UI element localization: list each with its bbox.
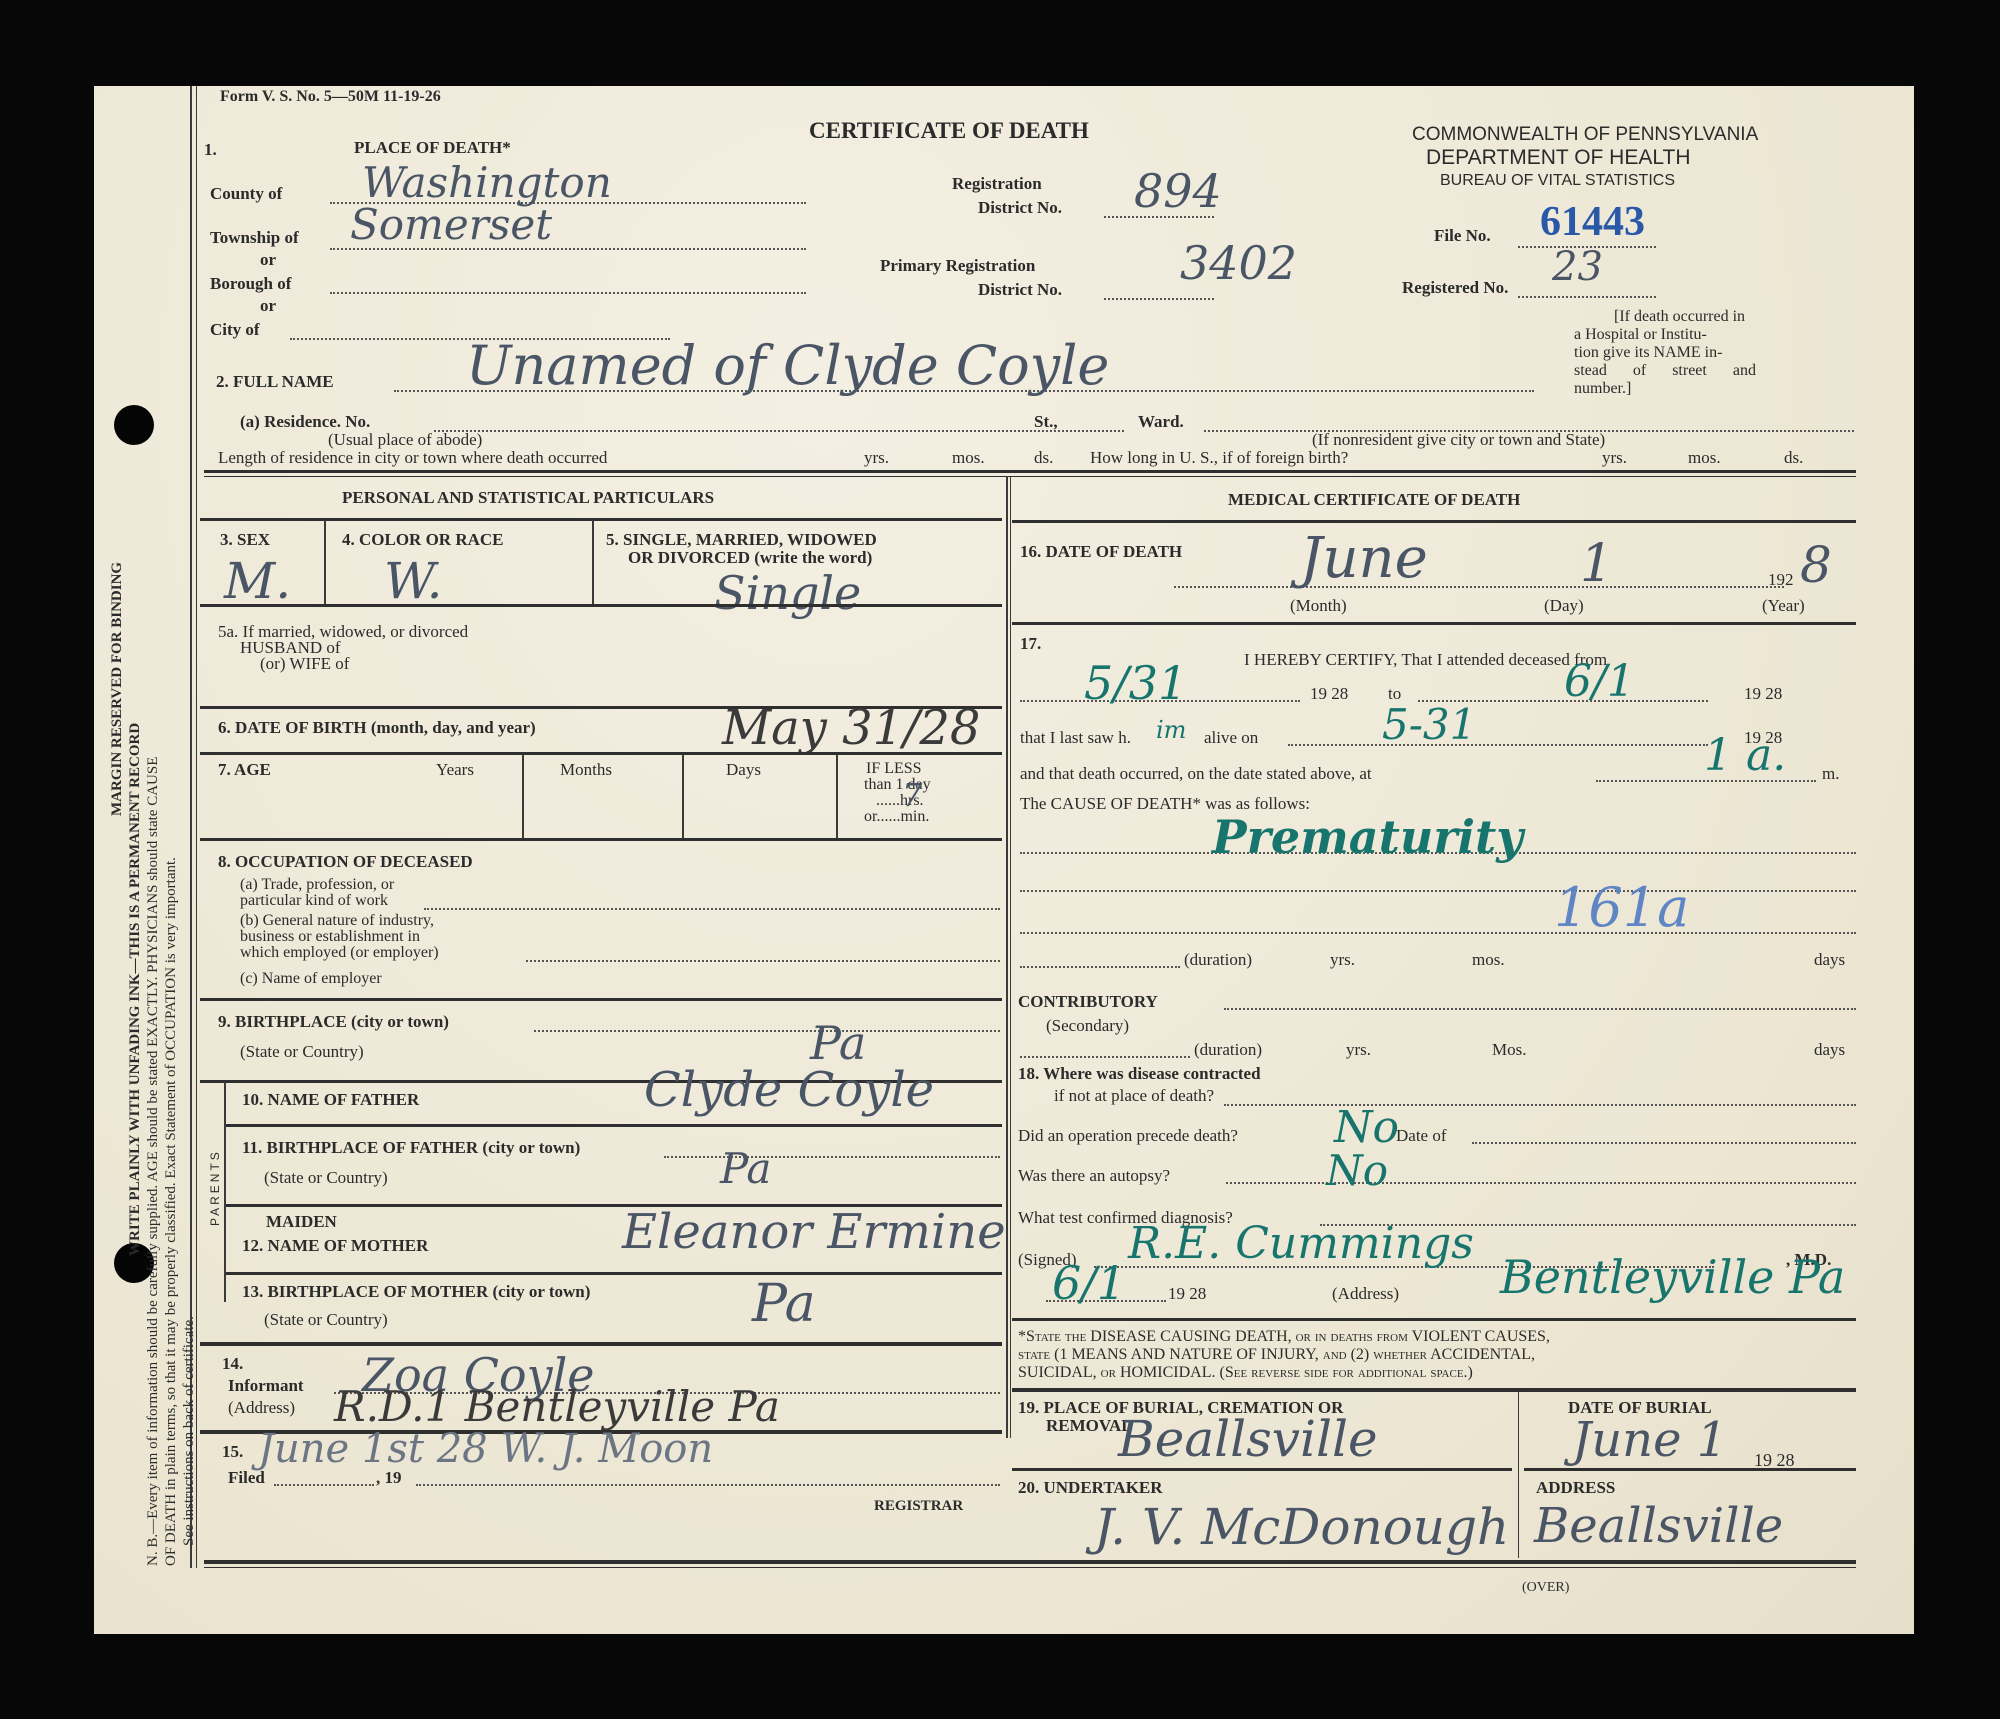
agency-department: DEPARTMENT OF HEALTH bbox=[1426, 146, 1690, 170]
hospital-note-2: a Hospital or Institu- bbox=[1574, 326, 1707, 344]
item-1-number: 1. bbox=[204, 140, 217, 160]
rule bbox=[682, 754, 684, 840]
cause-line-2 bbox=[1020, 890, 1856, 892]
section-divider bbox=[204, 476, 1856, 477]
ward-label: Ward. bbox=[1138, 412, 1184, 432]
rule bbox=[1518, 1392, 1519, 1558]
last-saw-pronoun-value[interactable]: im bbox=[1156, 716, 1186, 744]
rule bbox=[200, 998, 1002, 1001]
form-number: Form V. S. No. 5—50M 11-19-26 bbox=[220, 88, 441, 106]
cause-line-3 bbox=[1020, 932, 1856, 934]
year-caption: (Year) bbox=[1762, 596, 1805, 616]
hospital-note-3: tion give its NAME in- bbox=[1574, 344, 1722, 362]
occ-b-line bbox=[526, 960, 1000, 962]
contributory-line bbox=[1224, 1008, 1856, 1010]
hospital-note-1: [If death occurred in bbox=[1614, 308, 1745, 326]
duration-days: days bbox=[1814, 950, 1845, 970]
occ-a-line bbox=[424, 908, 1000, 910]
item-18-label-2: if not at place of death? bbox=[1054, 1086, 1214, 1106]
signed-address-value[interactable]: Bentleyville Pa bbox=[1500, 1250, 1845, 1304]
death-year-value[interactable]: 8 bbox=[1800, 536, 1832, 594]
age-months-label: Months bbox=[560, 760, 612, 780]
attended-from-value[interactable]: 5/31 bbox=[1084, 656, 1187, 710]
rule bbox=[226, 1272, 1002, 1275]
us-mos: mos. bbox=[1688, 448, 1721, 468]
rule bbox=[522, 754, 524, 840]
duration-yrs: yrs. bbox=[1330, 950, 1355, 970]
residence-label: (a) Residence. No. bbox=[240, 412, 370, 432]
margin-instructions-1: N. B.—Every item of information should b… bbox=[144, 757, 162, 1566]
age-label: 7. AGE bbox=[218, 760, 271, 780]
attended-to-19: 19 28 bbox=[1744, 684, 1782, 704]
rule bbox=[1012, 1318, 1856, 1321]
footnote-1: *State the DISEASE CAUSING DEATH, or in … bbox=[1018, 1328, 1550, 1346]
marital-label-1: 5. SINGLE, MARRIED, WIDOWED bbox=[606, 530, 877, 550]
bottom-rule bbox=[204, 1567, 1856, 1568]
burial-place-value[interactable]: Beallsville bbox=[1118, 1410, 1378, 1468]
personal-section-title: PERSONAL AND STATISTICAL PARTICULARS bbox=[342, 488, 714, 508]
father-name-label: 10. NAME OF FATHER bbox=[242, 1090, 419, 1110]
mother-birthplace-label: 13. BIRTHPLACE OF MOTHER (city or town) bbox=[242, 1282, 590, 1302]
certify-text: I HEREBY CERTIFY, That I attended deceas… bbox=[1244, 650, 1607, 670]
undertaker-label: 20. UNDERTAKER bbox=[1018, 1478, 1163, 1498]
secondary-duration-line bbox=[1020, 1056, 1190, 1058]
last-saw-label: that I last saw h. bbox=[1020, 728, 1131, 748]
informant-address-value[interactable]: R.D.1 Bentleyville Pa bbox=[334, 1382, 780, 1431]
occ-a-2: particular kind of work bbox=[240, 892, 388, 910]
death-year-prefix: 192 bbox=[1768, 570, 1794, 590]
column-divider bbox=[1006, 476, 1008, 1438]
cause-value[interactable]: Prematurity bbox=[1212, 810, 1523, 864]
dob-label: 6. DATE OF BIRTH (month, day, and year) bbox=[218, 718, 536, 738]
certificate-page: MARGIN RESERVED FOR BINDING WRITE PLAINL… bbox=[94, 86, 1914, 1634]
or-text: or bbox=[260, 250, 276, 270]
date-of-line bbox=[1472, 1142, 1856, 1144]
full-name-label: 2. FULL NAME bbox=[216, 372, 334, 392]
registration-district-value[interactable]: 894 bbox=[1134, 164, 1222, 218]
item-17-number: 17. bbox=[1020, 634, 1041, 654]
item-18-line bbox=[1224, 1104, 1856, 1106]
district-no-label: District No. bbox=[978, 198, 1062, 218]
attended-from-19: 19 28 bbox=[1310, 684, 1348, 704]
mother-birthplace-value[interactable]: Pa bbox=[752, 1274, 816, 1334]
rule bbox=[200, 1342, 1002, 1346]
marital-label-2: OR DIVORCED (write the word) bbox=[628, 548, 872, 568]
primary-district-label: District No. bbox=[978, 280, 1062, 300]
alive-on-label: alive on bbox=[1204, 728, 1258, 748]
signed-date-value[interactable]: 6/1 bbox=[1052, 1256, 1126, 1310]
occ-c: (c) Name of employer bbox=[240, 970, 382, 988]
registrar-label: REGISTRAR bbox=[874, 1498, 963, 1515]
undertaker-address-label: ADDRESS bbox=[1536, 1478, 1615, 1498]
date-of-label: Date of bbox=[1396, 1126, 1447, 1146]
filed-date-line bbox=[274, 1484, 374, 1486]
rule bbox=[1012, 1388, 1856, 1392]
autopsy-line bbox=[1226, 1182, 1856, 1184]
occupation-label: 8. OCCUPATION OF DECEASED bbox=[218, 852, 473, 872]
signed-value[interactable]: R.E. Cummings bbox=[1128, 1218, 1474, 1269]
rule bbox=[226, 1124, 1002, 1127]
filed-number: 15. bbox=[222, 1442, 243, 1462]
father-birthplace-line bbox=[664, 1156, 1000, 1158]
secondary-label: (Secondary) bbox=[1046, 1016, 1129, 1036]
res-yrs: yrs. bbox=[864, 448, 889, 468]
primary-district-line bbox=[1104, 298, 1214, 300]
death-time-value[interactable]: 1 a. bbox=[1704, 730, 1786, 781]
certificate-title: CERTIFICATE OF DEATH bbox=[809, 118, 1089, 144]
primary-registration-label: Primary Registration bbox=[880, 256, 1035, 276]
agency-commonwealth: COMMONWEALTH OF PENNSYLVANIA bbox=[1412, 124, 1758, 146]
city-label: City of bbox=[210, 320, 260, 340]
item-18-label-1: 18. Where was disease contracted bbox=[1018, 1064, 1261, 1084]
footnote-2: state (1 MEANS AND NATURE OF INJURY, and… bbox=[1018, 1346, 1535, 1364]
registered-no-value[interactable]: 23 bbox=[1552, 244, 1603, 290]
dob-value[interactable]: May 31/28 bbox=[722, 700, 980, 756]
father-state-label: (State or Country) bbox=[264, 1168, 388, 1188]
file-no-label: File No. bbox=[1434, 226, 1491, 246]
last-saw-date-value[interactable]: 5-31 bbox=[1382, 700, 1476, 749]
month-caption: (Month) bbox=[1290, 596, 1347, 616]
birthplace-label: 9. BIRTHPLACE (city or town) bbox=[218, 1012, 449, 1032]
rule bbox=[200, 838, 1002, 841]
date-of-death-line bbox=[1174, 586, 1784, 588]
nonresident-note: (If nonresident give city or town and St… bbox=[1312, 430, 1605, 450]
rule bbox=[1012, 622, 1856, 625]
agency-bureau: BUREAU OF VITAL STATISTICS bbox=[1440, 172, 1675, 190]
m-label: m. bbox=[1822, 764, 1839, 784]
signed-address-label: (Address) bbox=[1332, 1284, 1399, 1304]
rule bbox=[200, 604, 1002, 607]
mother-name-value[interactable]: Eleanor Ermine bbox=[622, 1204, 1006, 1260]
marital-value[interactable]: Single bbox=[714, 566, 861, 620]
secondary-mos: Mos. bbox=[1492, 1040, 1526, 1060]
signed-year: 19 28 bbox=[1168, 1284, 1206, 1304]
section-divider bbox=[204, 470, 1856, 473]
parents-bracket bbox=[224, 1082, 226, 1302]
duration-label: (duration) bbox=[1184, 950, 1252, 970]
birthplace-line bbox=[534, 1030, 1000, 1032]
us-ds: ds. bbox=[1784, 448, 1803, 468]
age-days-label: Days bbox=[726, 760, 761, 780]
foreign-birth-label: How long in U. S., if of foreign birth? bbox=[1090, 448, 1348, 468]
over-label: (OVER) bbox=[1522, 1580, 1569, 1596]
rule bbox=[200, 518, 1002, 521]
secondary-yrs: yrs. bbox=[1346, 1040, 1371, 1060]
cause-code-value: 161a bbox=[1554, 876, 1689, 939]
informant-number: 14. bbox=[222, 1354, 243, 1374]
rule bbox=[592, 520, 594, 604]
full-name-value[interactable]: Unamed of Clyde Coyle bbox=[466, 334, 1109, 397]
date-of-death-label: 16. DATE OF DEATH bbox=[1020, 542, 1182, 562]
secondary-duration-label: (duration) bbox=[1194, 1040, 1262, 1060]
margin-instructions-3: See instructions on back of certificate. bbox=[180, 1316, 198, 1546]
residence-line bbox=[434, 430, 1124, 432]
rule bbox=[1524, 1468, 1856, 1471]
registered-no-line bbox=[1518, 296, 1656, 298]
township-value[interactable]: Somerset bbox=[350, 200, 552, 249]
registration-label: Registration bbox=[952, 174, 1042, 194]
age-years-label: Years bbox=[436, 760, 474, 780]
rule bbox=[1012, 520, 1856, 523]
column-divider bbox=[1010, 476, 1011, 1438]
primary-district-value[interactable]: 3402 bbox=[1180, 236, 1297, 290]
filed-value[interactable]: June 1st 28 W. J. Moon bbox=[258, 1426, 713, 1472]
street-label: St., bbox=[1034, 412, 1058, 432]
township-label: Township of bbox=[210, 228, 299, 248]
or-text: or bbox=[260, 296, 276, 316]
footnote-3: SUICIDAL, or HOMICIDAL. (See reverse sid… bbox=[1018, 1364, 1473, 1382]
duration-mos: mos. bbox=[1472, 950, 1505, 970]
bottom-rule bbox=[204, 1560, 1856, 1564]
attended-to-value[interactable]: 6/1 bbox=[1564, 656, 1635, 707]
sex-value[interactable]: M. bbox=[224, 552, 291, 610]
undertaker-address-value[interactable]: Beallsville bbox=[1534, 1498, 1783, 1554]
father-name-value[interactable]: Clyde Coyle bbox=[644, 1062, 934, 1118]
res-mos: mos. bbox=[952, 448, 985, 468]
medical-section-title: MEDICAL CERTIFICATE OF DEATH bbox=[1228, 490, 1520, 510]
secondary-days: days bbox=[1814, 1040, 1845, 1060]
father-birthplace-value[interactable]: Pa bbox=[720, 1144, 771, 1193]
filed-registrar-line bbox=[416, 1484, 1000, 1486]
duration-line bbox=[1020, 966, 1180, 968]
death-month-value[interactable]: June bbox=[1300, 526, 1428, 591]
binding-hole-top bbox=[114, 405, 154, 445]
informant-label: Informant bbox=[228, 1376, 304, 1396]
contributory-label: CONTRIBUTORY bbox=[1018, 992, 1158, 1012]
length-residence-label: Length of residence in city or town wher… bbox=[218, 448, 607, 468]
rule bbox=[200, 752, 1002, 755]
mother-name-label: 12. NAME OF MOTHER bbox=[242, 1236, 428, 1256]
race-value[interactable]: W. bbox=[384, 552, 443, 610]
autopsy-label: Was there an autopsy? bbox=[1018, 1166, 1170, 1186]
margin-instructions-2: OF DEATH in plain terms, so that it may … bbox=[162, 857, 180, 1566]
spouse-label-3: (or) WIFE of bbox=[260, 654, 349, 674]
hospital-note-4: stead of street and bbox=[1574, 362, 1756, 380]
age-hours-value[interactable]: 7 bbox=[902, 776, 922, 814]
occ-b-3: which employed (or employer) bbox=[240, 944, 439, 962]
county-label: County of bbox=[210, 184, 282, 204]
maiden-label: MAIDEN bbox=[266, 1212, 337, 1232]
borough-line bbox=[330, 292, 806, 294]
margin-write-plainly: WRITE PLAINLY WITH UNFADING INK—THIS IS … bbox=[126, 723, 144, 1256]
rule bbox=[324, 520, 326, 604]
autopsy-value[interactable]: No bbox=[1326, 1146, 1388, 1195]
place-of-death-label: PLACE OF DEATH* bbox=[354, 138, 511, 158]
us-yrs: yrs. bbox=[1602, 448, 1627, 468]
day-caption: (Day) bbox=[1544, 596, 1584, 616]
parents-label: PARENTS bbox=[206, 1149, 224, 1226]
margin-binding-note: MARGIN RESERVED FOR BINDING bbox=[108, 562, 126, 816]
file-no-value: 61443 bbox=[1540, 198, 1645, 246]
birthplace-state-label: (State or Country) bbox=[240, 1042, 364, 1062]
rule bbox=[1012, 1468, 1512, 1471]
registered-no-label: Registered No. bbox=[1402, 278, 1508, 298]
death-day-value[interactable]: 1 bbox=[1580, 534, 1613, 594]
informant-address-label: (Address) bbox=[228, 1398, 295, 1418]
father-birthplace-label: 11. BIRTHPLACE OF FATHER (city or town) bbox=[242, 1138, 580, 1158]
death-occurred-label: and that death occurred, on the date sta… bbox=[1020, 764, 1372, 784]
sex-label: 3. SEX bbox=[220, 530, 270, 550]
race-label: 4. COLOR OR RACE bbox=[342, 530, 504, 550]
undertaker-value[interactable]: J. V. McDonough bbox=[1094, 1498, 1509, 1556]
res-ds: ds. bbox=[1034, 448, 1053, 468]
hospital-note-5: number.] bbox=[1574, 380, 1631, 398]
rule bbox=[836, 754, 838, 840]
borough-label: Borough of bbox=[210, 274, 291, 294]
last-saw-line bbox=[1288, 744, 1708, 746]
operation-label: Did an operation precede death? bbox=[1018, 1126, 1238, 1146]
burial-date-value[interactable]: June 1 bbox=[1572, 1412, 1727, 1468]
usual-abode-note: (Usual place of abode) bbox=[328, 430, 482, 450]
mother-state-label: (State or Country) bbox=[264, 1310, 388, 1330]
